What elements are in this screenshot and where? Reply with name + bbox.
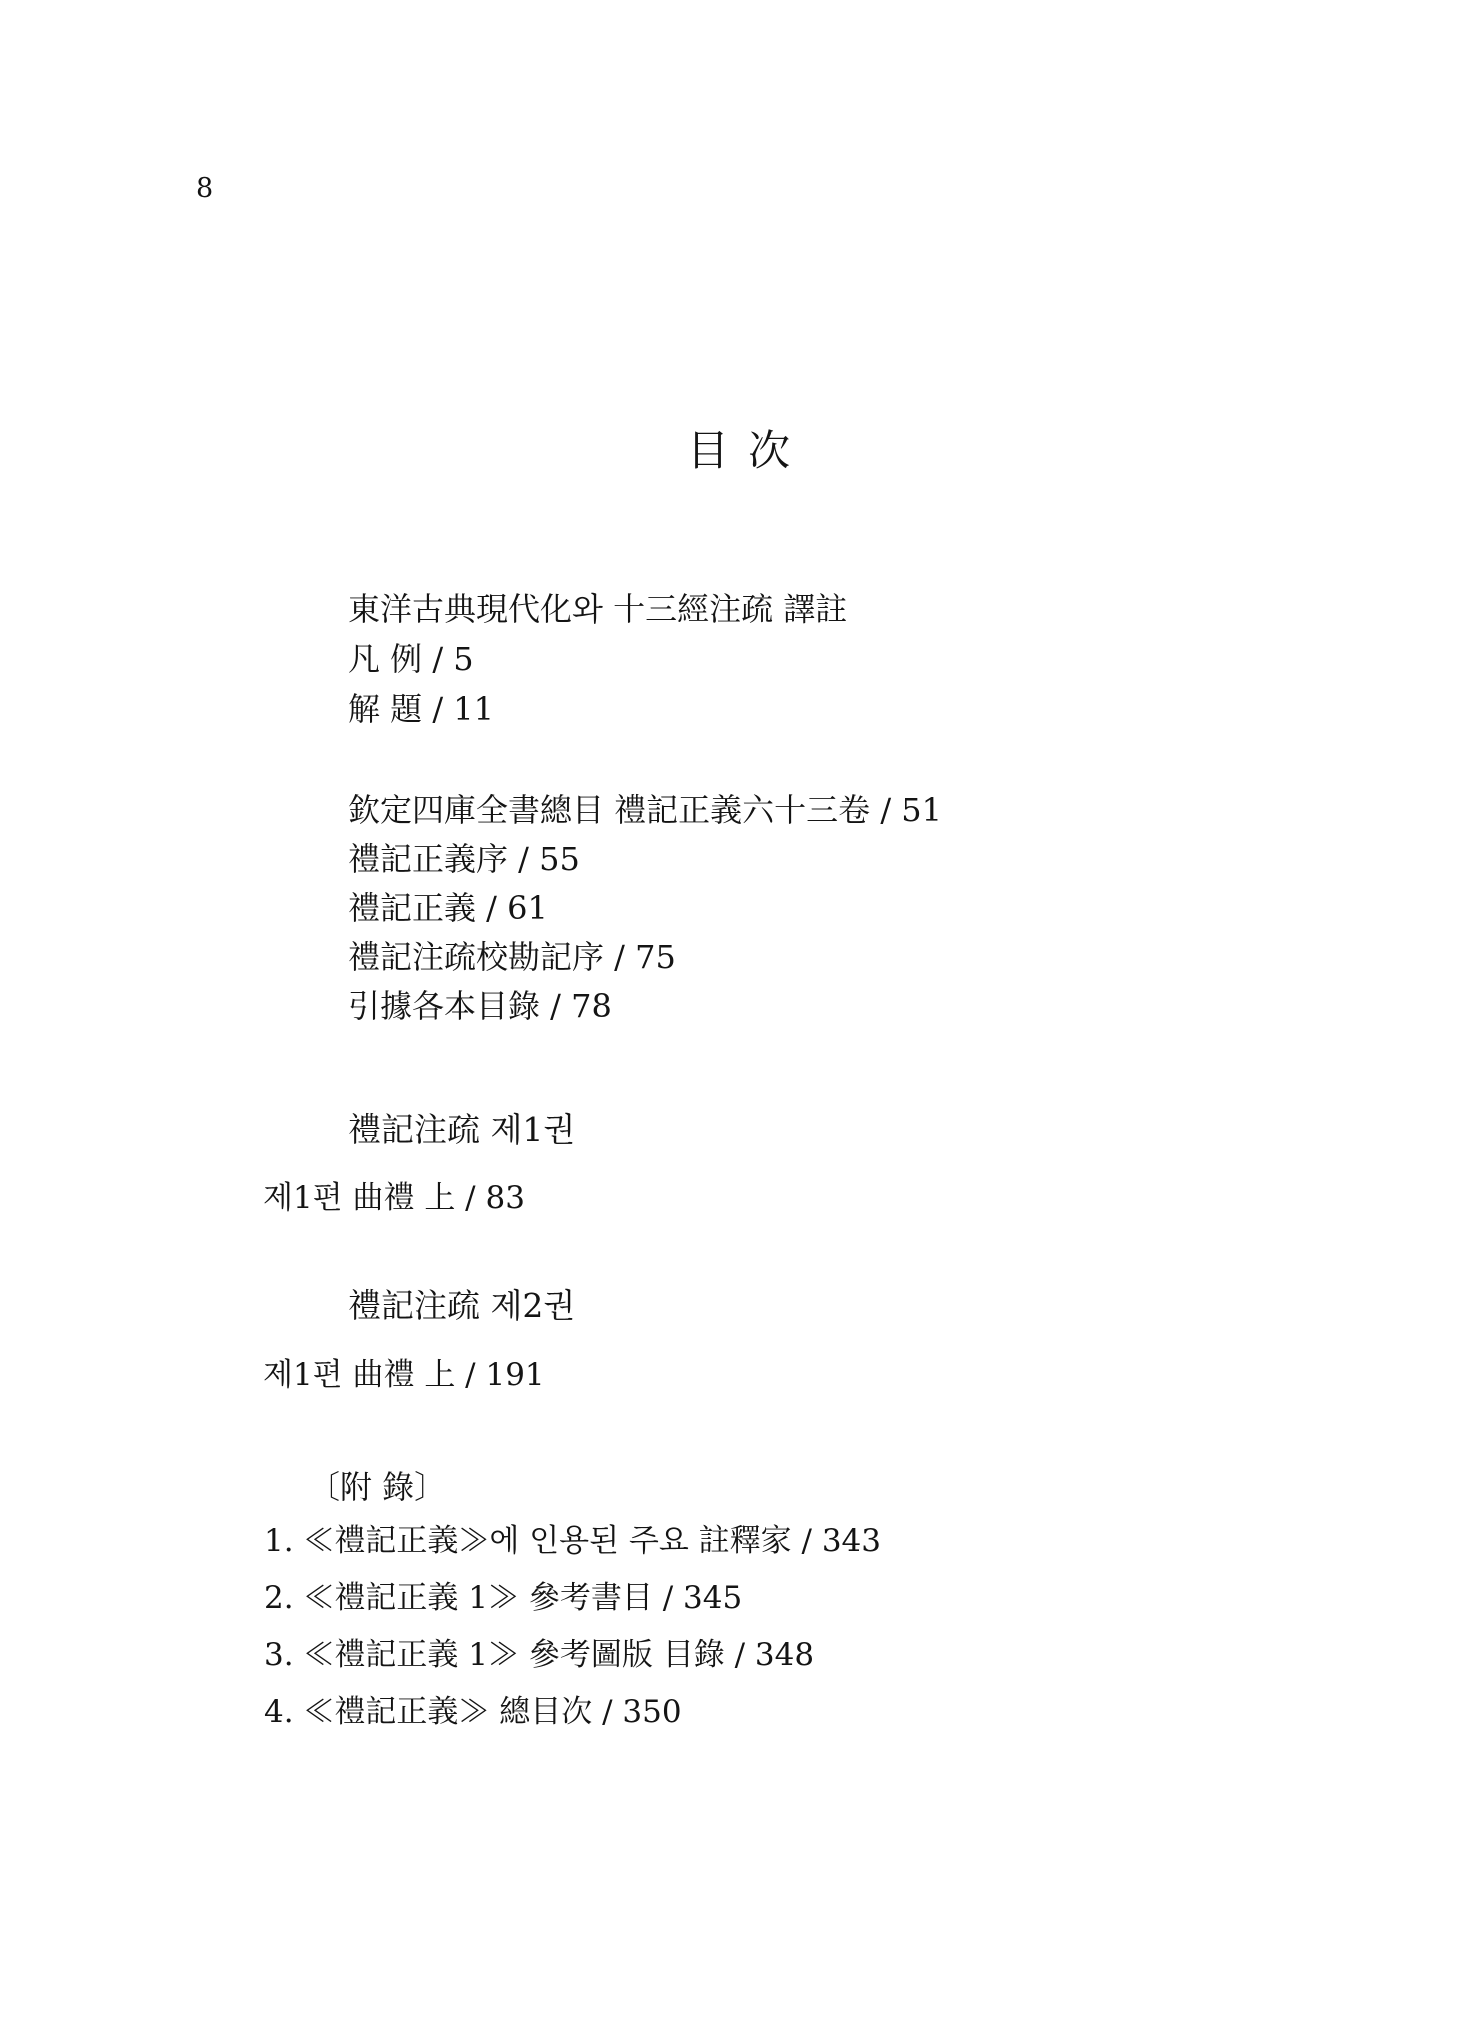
appendix-block: 1. ≪禮記正義≫에 인용된 주요 註釋家 / 343 2. ≪禮記正義 1≫ … — [264, 1513, 881, 1741]
toc-entry-beomrye: 凡 例 / 5 — [348, 634, 847, 684]
toc-entry-zhengyi: 禮記正義 / 61 — [348, 884, 942, 933]
appendix-item-1: 1. ≪禮記正義≫에 인용된 주요 註釋家 / 343 — [264, 1513, 881, 1570]
page-title: 目 次 — [0, 418, 1480, 478]
toc-entry-siku-zongmu: 欽定四庫全書總目 禮記正義六十三卷 / 51 — [348, 786, 942, 835]
volume2-heading: 禮記注疏 제2권 — [348, 1286, 575, 1326]
toc-entry-zhengyi-xu: 禮記正義序 / 55 — [348, 835, 942, 884]
toc-entry-jiaokanji-xu: 禮記注疏校勘記序 / 75 — [348, 933, 942, 982]
toc-entry-series-title: 東洋古典現代化와 十三經注疏 譯註 — [348, 584, 847, 634]
toc-entry-yinju-mulu: 引據各本目錄 / 78 — [348, 982, 942, 1031]
volume1-entry: 제1편 曲禮 上 / 83 — [263, 1180, 525, 1217]
toc-page: 8 目 次 東洋古典現代化와 十三經注疏 譯註 凡 例 / 5 解 題 / 11… — [0, 0, 1480, 2024]
volume1-heading: 禮記注疏 제1권 — [348, 1110, 575, 1150]
appendix-heading: 〔附 錄〕 — [308, 1468, 446, 1506]
appendix-item-2: 2. ≪禮記正義 1≫ 參考書目 / 345 — [264, 1570, 881, 1627]
volume2-entry: 제1편 曲禮 上 / 191 — [263, 1357, 545, 1394]
siku-block: 欽定四庫全書總目 禮記正義六十三卷 / 51 禮記正義序 / 55 禮記正義 /… — [348, 786, 942, 1031]
appendix-item-3: 3. ≪禮記正義 1≫ 參考圖版 目錄 / 348 — [264, 1627, 881, 1684]
appendix-item-4: 4. ≪禮記正義≫ 總目次 / 350 — [264, 1684, 881, 1741]
page-number: 8 — [196, 174, 213, 204]
toc-entry-haeje: 解 題 / 11 — [348, 684, 847, 734]
front-matter-block: 東洋古典現代化와 十三經注疏 譯註 凡 例 / 5 解 題 / 11 — [348, 584, 847, 734]
